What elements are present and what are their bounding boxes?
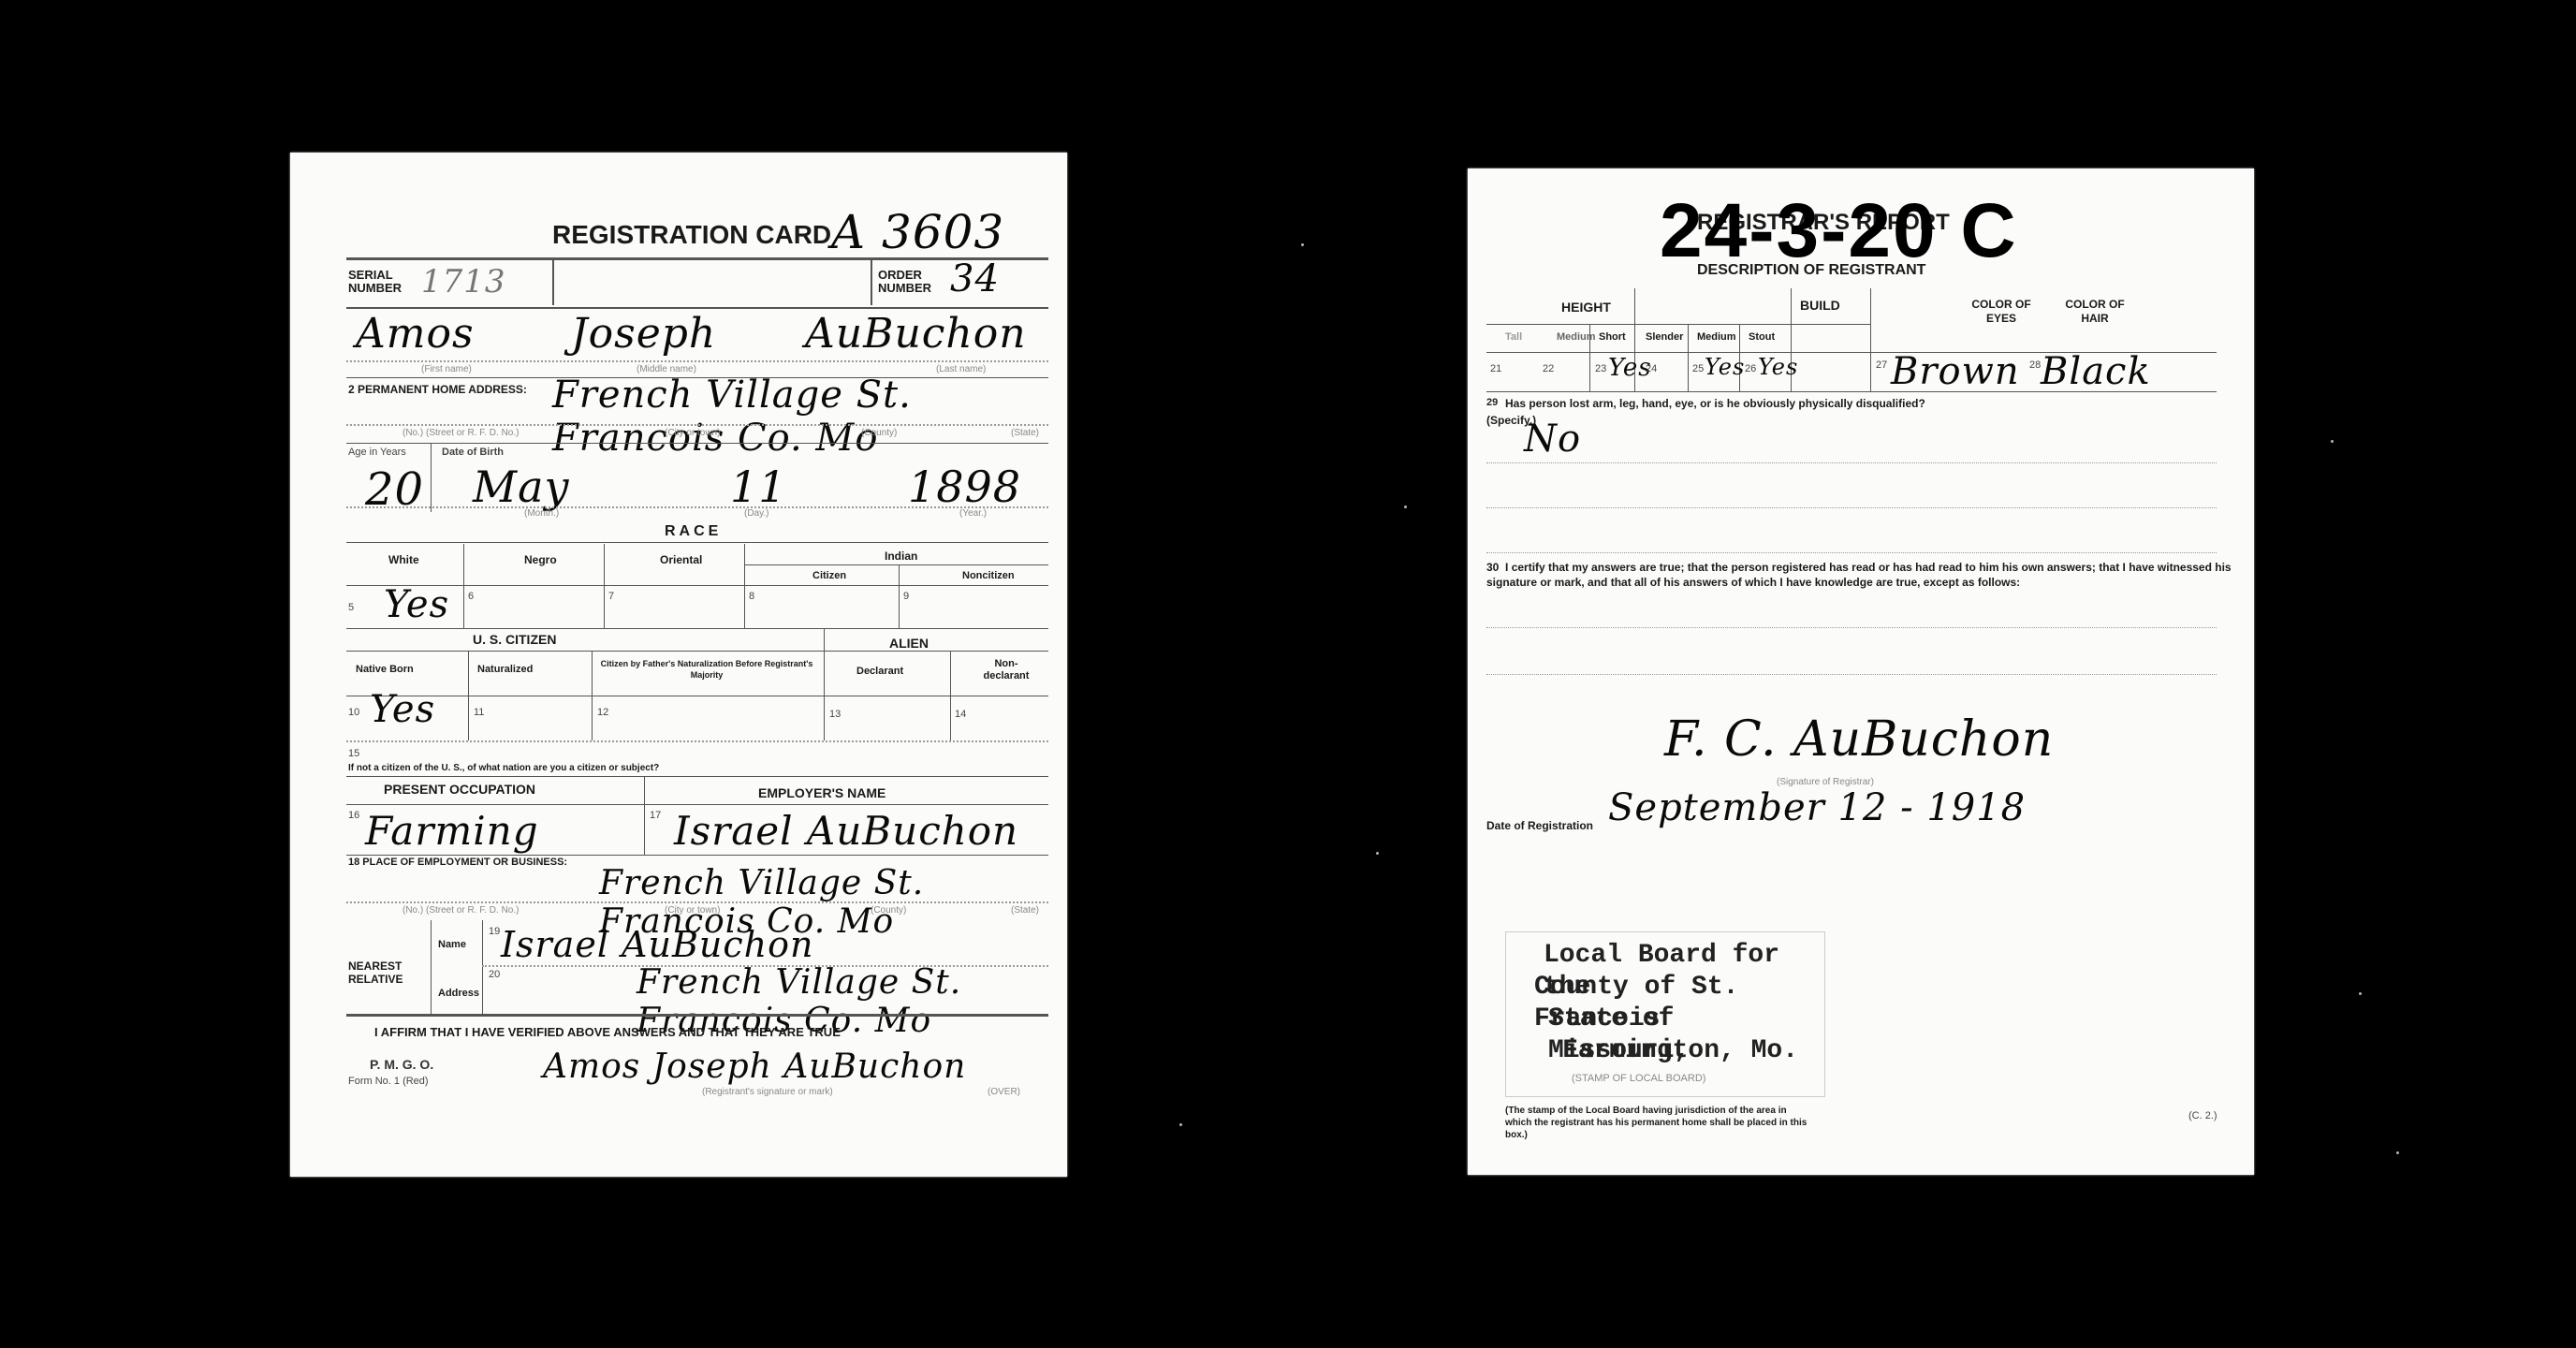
employment-caption-state: (State) <box>1011 905 1039 916</box>
build-number-26: 26 <box>1745 363 1756 374</box>
hair-color-number: 28 <box>2029 359 2041 371</box>
registration-card-front: REGISTRATION CARD A 3603 SERIAL NUMBER 1… <box>290 153 1067 1177</box>
q30-certification: 30 I certify that my answers are true; t… <box>1486 560 2235 590</box>
q30-text: I certify that my answers are true; that… <box>1486 561 2232 589</box>
relative-name-value: Israel AuBuchon <box>501 924 813 965</box>
height-number-21: 21 <box>1490 363 1501 374</box>
over-note: (OVER) <box>988 1087 1020 1097</box>
home-address-value: French Village St. Francois Co. Mo <box>552 374 1067 460</box>
registrant-signature-caption: (Registrant's signature or mark) <box>702 1087 833 1097</box>
registrant-signature: Amos Joseph AuBuchon <box>543 1048 966 1086</box>
dust-speck <box>1376 852 1379 855</box>
local-board-stamp-box: Local Board for the County of St. Franco… <box>1505 931 1825 1097</box>
race-indian-noncitizen-label: Noncitizen <box>962 570 1015 581</box>
birth-day-caption: (Day.) <box>744 508 768 519</box>
relative-address-label: Address <box>438 988 479 999</box>
height-tall-label: Tall <box>1505 331 1522 343</box>
dust-speck <box>2331 440 2334 443</box>
address-caption-street: (No.) (Street or R. F. D. No.) <box>402 428 519 438</box>
q29-number: 29 <box>1486 397 1498 408</box>
race-number-7: 7 <box>608 591 614 602</box>
stamp-line-4: Farmington, Mo. <box>1562 1035 1798 1067</box>
race-indian-citizen-label: Citizen <box>812 570 846 581</box>
declarant-label: Declarant <box>856 666 903 677</box>
registration-date-value: September 12 - 1918 <box>1608 786 2026 829</box>
card-number: A 3603 <box>831 205 1004 259</box>
nation-number: 15 <box>348 748 359 759</box>
non-declarant-label: Non-declarant <box>978 658 1034 682</box>
description-subtitle: DESCRIPTION OF REGISTRANT <box>1697 262 1925 279</box>
occupation-value: Farming <box>365 808 539 854</box>
middle-name: Joseph <box>571 310 716 358</box>
birth-year: 1898 <box>908 462 1021 512</box>
eye-color-value: Brown <box>1891 350 2020 393</box>
build-medium-label: Medium <box>1697 331 1736 343</box>
address-caption-state: (State) <box>1011 428 1039 438</box>
height-heading: HEIGHT <box>1561 300 1611 315</box>
relative-address-number: 20 <box>489 969 500 980</box>
order-number-value: 34 <box>950 257 1000 300</box>
build-stout-value: Yes <box>1758 354 1798 380</box>
race-white-value: Yes <box>384 583 449 626</box>
first-name: Amos <box>356 310 475 358</box>
q29-question: Has person lost arm, leg, hand, eye, or … <box>1505 397 1925 410</box>
occupation-heading: PRESENT OCCUPATION <box>384 782 535 797</box>
alien-heading: ALIEN <box>889 636 929 651</box>
employment-caption-county: (County) <box>871 905 906 916</box>
dust-speck <box>1301 243 1304 246</box>
build-number-25: 25 <box>1692 363 1704 374</box>
eye-color-heading: COLOR OF EYES <box>1964 298 2039 326</box>
registrar-signature: F. C. AuBuchon <box>1664 711 2054 768</box>
height-short-label: Short <box>1599 331 1626 343</box>
last-name: AuBuchon <box>805 310 1027 358</box>
birth-date-label: Date of Birth <box>442 447 504 458</box>
registration-date-label: Date of Registration <box>1486 819 1593 832</box>
race-oriental-label: Oriental <box>660 553 702 566</box>
build-slender-label: Slender <box>1646 331 1683 343</box>
build-medium-value: Yes <box>1705 354 1745 380</box>
address-caption-city: (City or town) <box>665 428 720 438</box>
hair-color-value: Black <box>2041 350 2151 393</box>
card-title: REGISTRATION CARD <box>552 220 831 250</box>
nearest-relative-label: NEAREST RELATIVE <box>348 960 423 986</box>
race-heading: RACE <box>665 523 722 540</box>
native-born-value: Yes <box>370 688 435 731</box>
stamp-caption: (STAMP OF LOCAL BOARD) <box>1572 1073 1705 1084</box>
relative-name-number: 19 <box>489 926 500 937</box>
native-born-label: Native Born <box>356 664 414 675</box>
build-heading: BUILD <box>1800 298 1840 313</box>
stamp-note: (The stamp of the Local Board having jur… <box>1505 1105 1814 1141</box>
citizen-number-10: 10 <box>348 707 359 718</box>
birth-year-caption: (Year.) <box>959 508 987 519</box>
naturalized-label: Naturalized <box>477 664 533 675</box>
us-citizen-heading: U. S. CITIZEN <box>473 632 556 647</box>
q29-answer: No <box>1524 418 1581 461</box>
form-number: Form No. 1 (Red) <box>348 1076 429 1087</box>
birth-month-caption: (Month.) <box>524 508 559 519</box>
employer-heading: EMPLOYER'S NAME <box>758 785 885 800</box>
corner-code: (C. 2.) <box>2188 1110 2217 1121</box>
race-number-9: 9 <box>903 591 909 602</box>
race-negro-label: Negro <box>524 553 557 566</box>
race-indian-label: Indian <box>885 549 917 563</box>
serial-number-value: 1713 <box>421 263 506 300</box>
race-number-5: 5 <box>348 602 354 613</box>
order-number-label: ORDER NUMBER <box>878 269 934 295</box>
alien-number-13: 13 <box>829 709 841 720</box>
dust-speck <box>2396 1151 2399 1154</box>
build-number-24: 24 <box>1646 363 1657 374</box>
employment-caption-street: (No.) (Street or R. F. D. No.) <box>402 905 519 916</box>
relative-name-label: Name <box>438 939 466 950</box>
home-address-label: 2 PERMANENT HOME ADDRESS: <box>348 383 527 396</box>
address-caption-county: (County) <box>861 428 897 438</box>
race-number-8: 8 <box>749 591 754 602</box>
eye-color-number: 27 <box>1876 359 1887 371</box>
dust-speck <box>1404 505 1407 508</box>
citizen-by-father-label: Citizen by Father's Naturalization Befor… <box>599 658 814 681</box>
citizen-number-12: 12 <box>597 707 608 718</box>
occupation-number: 16 <box>348 810 359 821</box>
q30-number: 30 <box>1486 561 1499 574</box>
employer-value: Israel AuBuchon <box>674 808 1018 854</box>
serial-number-label: SERIAL NUMBER <box>348 269 404 295</box>
employment-place-label: 18 PLACE OF EMPLOYMENT OR BUSINESS: <box>348 857 567 868</box>
nation-question: If not a citizen of the U. S., of what n… <box>348 763 659 773</box>
affirm-statement: I AFFIRM THAT I HAVE VERIFIED ABOVE ANSW… <box>374 1025 841 1039</box>
registration-card-back: REGISTRAR'S REPORT 24-3-20 C DESCRIPTION… <box>1468 168 2254 1175</box>
form-office: P. M. G. O. <box>370 1057 433 1072</box>
build-stout-label: Stout <box>1749 331 1775 343</box>
height-number-23: 23 <box>1595 363 1606 374</box>
race-white-label: White <box>388 553 419 566</box>
birth-month: May <box>473 462 570 512</box>
birth-day: 11 <box>730 462 787 512</box>
first-name-caption: (First name) <box>421 364 472 374</box>
age-label: Age in Years <box>348 447 406 458</box>
dust-speck <box>2359 992 2362 995</box>
alien-number-14: 14 <box>955 709 966 720</box>
citizen-number-11: 11 <box>474 707 484 718</box>
race-number-6: 6 <box>468 591 474 602</box>
employment-caption-city: (City or town) <box>665 905 720 916</box>
employer-number: 17 <box>650 810 661 821</box>
height-number-22: 22 <box>1543 363 1554 374</box>
hair-color-heading: COLOR OF HAIR <box>2057 298 2132 326</box>
dust-speck <box>1179 1123 1182 1126</box>
